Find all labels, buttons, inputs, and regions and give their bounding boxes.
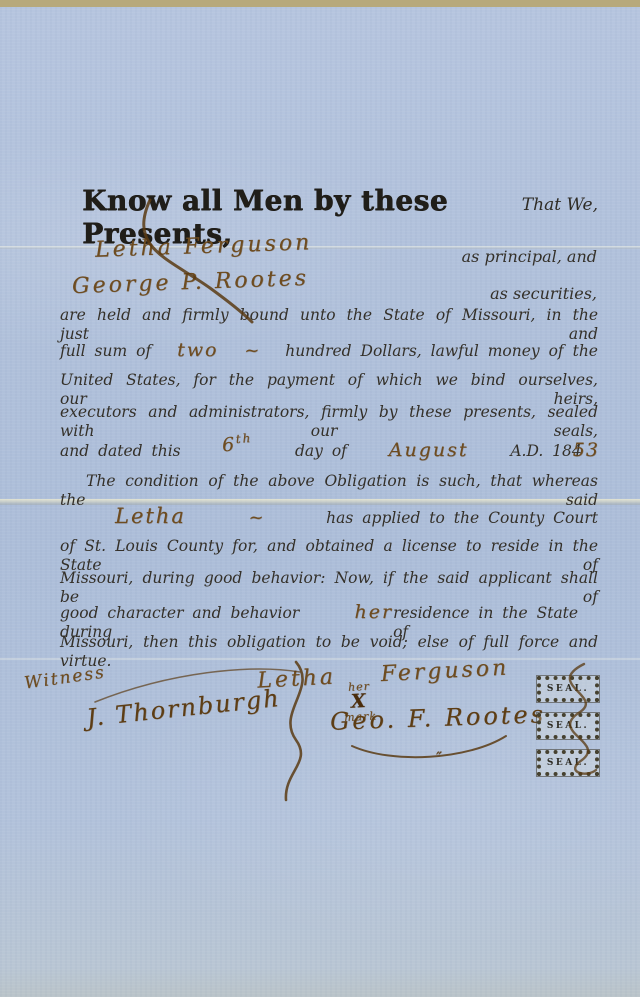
date-mid: day of [295, 442, 347, 461]
year-overwrite-handwritten: 5 [573, 439, 585, 461]
date-prefix: and dated this [60, 442, 181, 461]
seal-stamp-2: SEAL. [537, 713, 599, 739]
ink-flourish: ~ [244, 340, 259, 363]
obligation-sum-line: full sum of two ~ hundred Dollars, lawfu… [60, 339, 598, 363]
seal-label: SEAL. [547, 758, 589, 768]
seal-stamp-3: SEAL. [537, 750, 599, 776]
condition-applicant-line: Letha ~ has applied to the County Court [60, 503, 598, 530]
sum-suffix: hundred Dollars, lawful money of the [285, 342, 598, 361]
pronoun-handwritten: her [354, 601, 393, 625]
scanned-bond-document: Know all Men by these Presents, That We,… [0, 0, 640, 997]
date-year: A.D. 18453 [510, 439, 598, 463]
ditto-mark: ″ [436, 748, 442, 767]
principal-signature-last: Ferguson [380, 655, 510, 687]
applicant-name-handwritten: Letha [115, 503, 186, 529]
date-line: and dated this 6th day of August A.D. 18… [60, 438, 598, 463]
seal-label: SEAL. [547, 684, 589, 694]
ink-flourish: ~ [248, 507, 263, 530]
principal-role-label: as principal, and [462, 247, 597, 266]
seal-label: SEAL. [547, 721, 589, 731]
date-month-handwritten: August [389, 439, 469, 463]
sum-value-handwritten: two [177, 339, 218, 363]
condition-line-2: has applied to the County Court [326, 509, 598, 528]
obligation-line-4: executors and administrators, firmly by … [60, 403, 598, 442]
year-printed: A.D. 184 [510, 442, 581, 460]
surety-role-label: as securities, [490, 284, 597, 303]
header-lead-in: That We, [514, 195, 598, 215]
principal-signature-first: Letha [257, 665, 337, 694]
sum-prefix: full sum of [60, 342, 151, 361]
date-day-handwritten: 6th [222, 431, 254, 458]
seal-stamp-1: SEAL. [537, 676, 599, 702]
year-final-digit-handwritten: 3 [586, 439, 598, 461]
